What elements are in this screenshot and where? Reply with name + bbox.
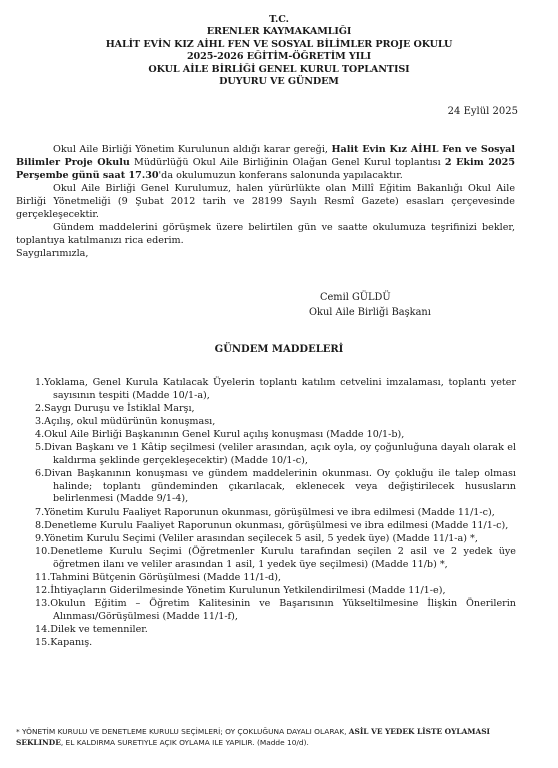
agenda-item: 10.Denetleme Kurulu Seçimi (Öğretmenler … xyxy=(35,546,516,571)
agenda-item: 2.Saygı Duruşu ve İstiklal Marşı, xyxy=(35,403,516,416)
agenda-item: 3.Açılış, okul müdürünün konuşması, xyxy=(35,416,516,429)
announcement-body: Okul Aile Birliği Yönetim Kurulunun aldı… xyxy=(16,143,515,260)
signer-name: Cemil GÜLDÜ xyxy=(320,292,391,303)
text-run: 'da okulumuzun konferans salonunda yapıl… xyxy=(159,170,403,181)
paragraph-invitation: Gündem maddelerini görüşmek üzere belirt… xyxy=(16,221,515,247)
agenda-item: 14.Dilek ve temenniler. xyxy=(35,624,516,637)
header-line-announcement: DUYURU VE GÜNDEM xyxy=(0,76,558,88)
agenda-item: 8.Denetleme Kurulu Faaliyet Raporunun ok… xyxy=(35,520,516,533)
agenda-item: 1.Yoklama, Genel Kurula Katılacak Üyeler… xyxy=(35,377,516,402)
header-line-year: 2025-2026 EĞİTİM-ÖĞRETİM YILI xyxy=(0,51,558,63)
agenda-item: 13.Okulun Eğitim – Öğretim Kalitesinin v… xyxy=(35,598,516,623)
header-line-tc: T.C. xyxy=(0,14,558,26)
election-footnote: * YÖNETİM KURULU VE DENETLEME KURULU SEÇ… xyxy=(16,726,516,748)
agenda-item: 5.Divan Başkanı ve 1 Kâtip seçilmesi (ve… xyxy=(35,442,516,467)
document-date: 24 Eylül 2025 xyxy=(448,106,518,117)
header-line-school: HALİT EVİN KIZ AİHL FEN VE SOSYAL BİLİML… xyxy=(0,39,558,51)
agenda-item: 9.Yönetim Kurulu Seçimi (Veliler arasınd… xyxy=(35,533,516,546)
document-header: T.C. ERENLER KAYMAKAMLIĞI HALİT EVİN KIZ… xyxy=(0,14,558,88)
footnote-text: * YÖNETİM KURULU VE DENETLEME KURULU SEÇ… xyxy=(16,727,349,736)
agenda-item: 12.İhtiyaçların Giderilmesinde Yönetim K… xyxy=(35,585,516,598)
footnote-text: , EL KALDIRMA SURETIYLE AÇIK OYLAMA ILE … xyxy=(61,738,309,747)
header-line-district: ERENLER KAYMAKAMLIĞI xyxy=(0,26,558,38)
document-page: T.C. ERENLER KAYMAKAMLIĞI HALİT EVİN KIZ… xyxy=(0,0,558,768)
agenda-item: 11.Tahmini Bütçenin Görüşülmesi (Madde 1… xyxy=(35,572,516,585)
text-run: Müdürlüğü Okul Aile Birliğinin Olağan Ge… xyxy=(130,157,445,168)
agenda-item: 6.Divan Başkanının konuşması ve gündem m… xyxy=(35,468,516,506)
paragraph-regulation: Okul Aile Birliği Genel Kurulumuz, halen… xyxy=(16,182,515,221)
header-line-meeting: OKUL AİLE BİRLİĞİ GENEL KURUL TOPLANTISI xyxy=(0,64,558,76)
agenda-title: GÜNDEM MADDELERİ xyxy=(0,344,558,355)
agenda-item: 15.Kapanış. xyxy=(35,637,516,650)
agenda-item: 7.Yönetim Kurulu Faaliyet Raporunun okun… xyxy=(35,507,516,520)
signer-title: Okul Aile Birliği Başkanı xyxy=(309,307,431,318)
paragraph-decision: Okul Aile Birliği Yönetim Kurulunun aldı… xyxy=(16,143,515,182)
agenda-list: 1.Yoklama, Genel Kurula Katılacak Üyeler… xyxy=(35,377,516,650)
agenda-item: 4.Okul Aile Birliği Başkanının Genel Kur… xyxy=(35,429,516,442)
greeting: Saygılarımızla, xyxy=(16,247,515,260)
text-run: Okul Aile Birliği Yönetim Kurulunun aldı… xyxy=(53,144,331,155)
